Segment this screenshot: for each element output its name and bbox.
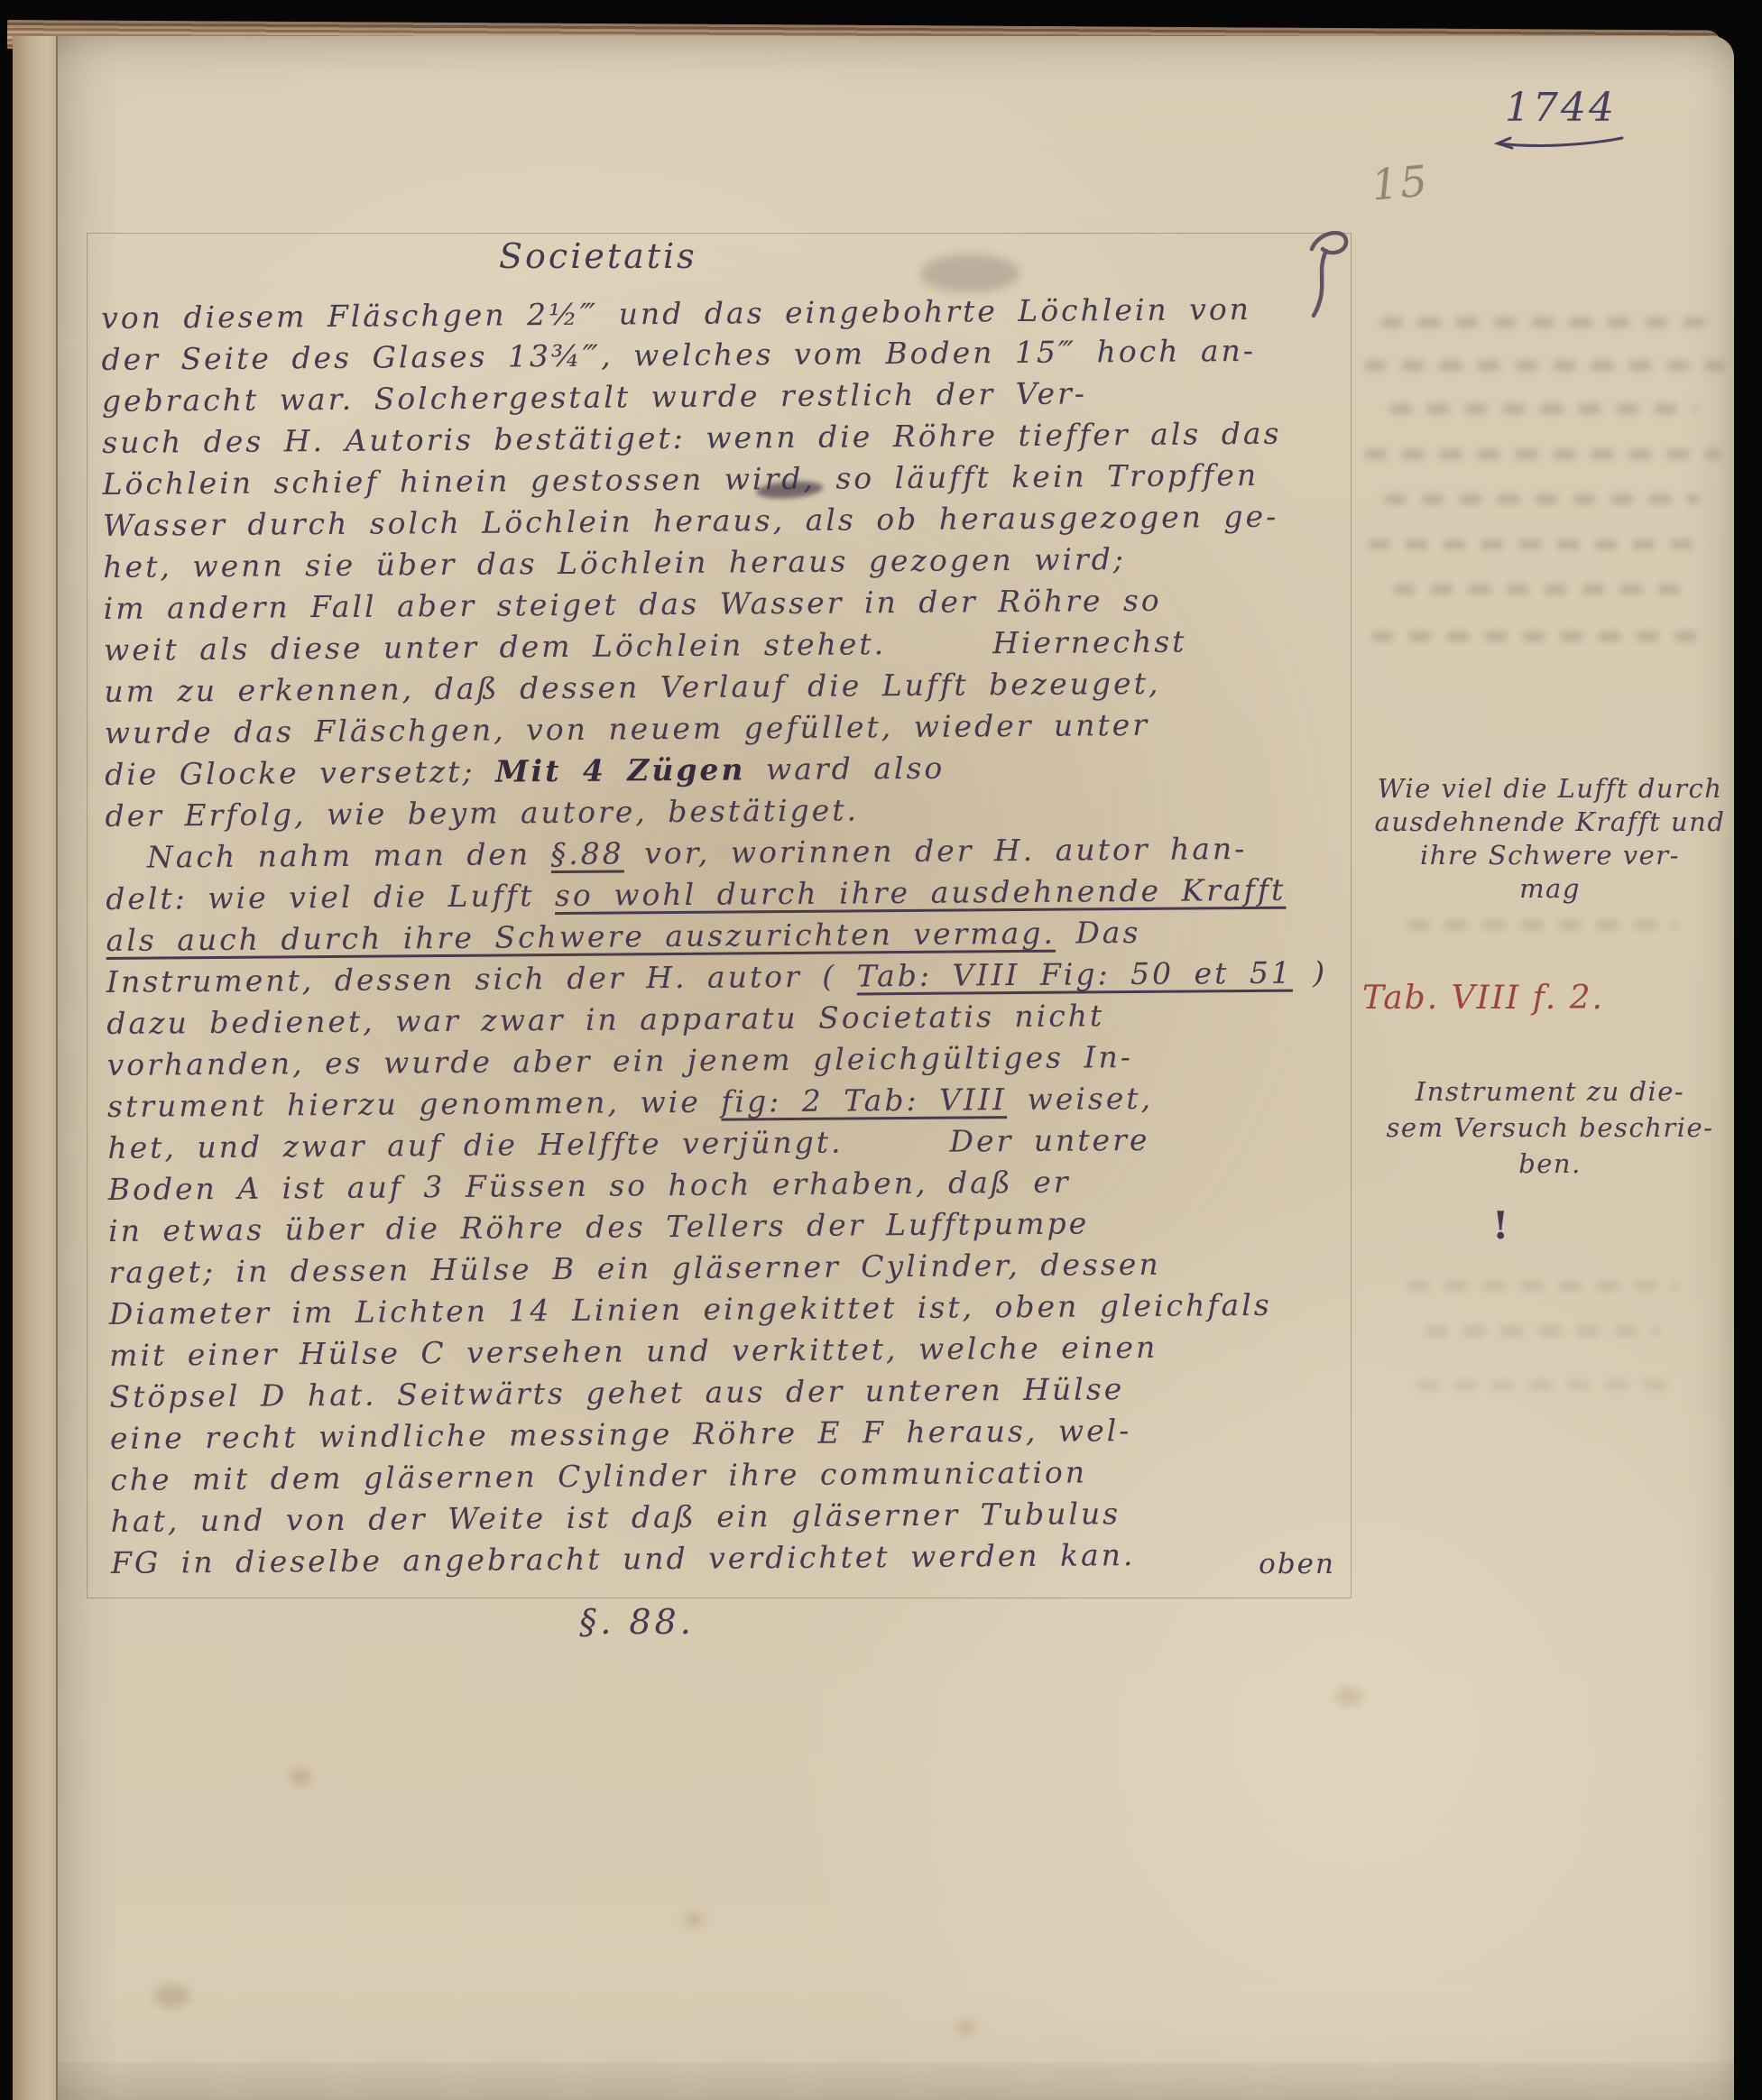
folio-underline-flourish xyxy=(1487,132,1631,153)
bleed-through xyxy=(1407,1281,1678,1291)
bleed-through xyxy=(1416,1380,1669,1390)
page-heading: Societatis xyxy=(499,236,697,276)
stain xyxy=(920,254,1019,292)
bleed-through xyxy=(1364,361,1725,371)
bleed-through xyxy=(1425,1326,1660,1336)
pencil-page-number: 15 xyxy=(1370,156,1431,210)
bleed-through xyxy=(1371,631,1705,641)
bleed-through xyxy=(1407,920,1678,930)
section-mark: §. 88. xyxy=(538,1602,736,1642)
body-lines: von diesem Fläschgen 2½‴ und das eingebo… xyxy=(101,288,1367,1584)
margin-note-instrument: Instrument zu die- sem Versuch beschrie-… xyxy=(1348,1073,1752,1182)
stain xyxy=(289,1768,312,1786)
stain xyxy=(1335,1687,1362,1707)
bleed-through xyxy=(1364,449,1721,459)
stain xyxy=(686,1912,702,1927)
bleed-through xyxy=(1380,318,1705,327)
bleed-through xyxy=(1393,585,1682,594)
catchword: oben xyxy=(1155,1548,1335,1580)
gutter-leaf-edge xyxy=(13,36,58,2100)
bleed-through xyxy=(1389,404,1696,414)
margin-exclamation-mark: ! xyxy=(1492,1203,1508,1248)
margin-note-topic: Wie viel die Lufft durch ausdehnende Kra… xyxy=(1348,772,1752,906)
bleed-through xyxy=(1368,539,1711,549)
stain xyxy=(153,1985,189,2008)
stain xyxy=(956,2021,976,2035)
manuscript-scan: 1744 15 Societatis von diesem Fläschgen … xyxy=(0,0,1762,2100)
margin-plate-reference: Tab. VIII f. 2. xyxy=(1362,980,1604,1017)
folio-number: 1744 xyxy=(1505,85,1617,131)
bleed-through xyxy=(1384,494,1700,504)
